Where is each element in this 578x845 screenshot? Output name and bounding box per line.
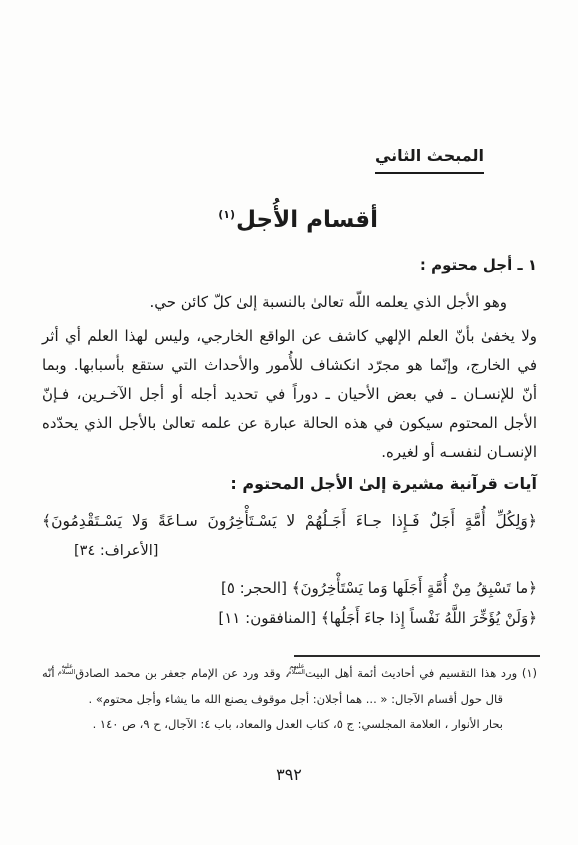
- quran-verse-1-reference: [الأعراف: ٣٤]: [42, 543, 537, 559]
- paragraph-2-line: الإنسـان لنفسـه أو لغيره.: [42, 438, 537, 467]
- quran-verse-3: ﴿وَلَنْ يُؤَخِّرَ اللَّهُ نَفْساً إِذا ج…: [42, 603, 537, 633]
- page-number: ٣٩٢: [0, 765, 578, 784]
- paragraph-1: وهو الأجل الذي يعلمه اللّه تعالىٰ بالنسب…: [42, 289, 537, 315]
- section1-heading: ١ ـ أجل محتوم :: [42, 256, 537, 274]
- honorific-alayhim-assalam: عليهم السلام: [289, 663, 305, 676]
- quran-verse-2: ﴿ما تَسْبِقُ مِنْ أُمَّةٍ أَجَلَها وَما …: [42, 573, 537, 603]
- paragraph-2-line: ولا يخفىٰ بأنّ العلم الإلهي كاشف عن الوا…: [42, 322, 537, 351]
- section2-heading: آيات قرآنية مشيرة إلىٰ الأجل المحتوم :: [42, 474, 537, 493]
- chapter-header: المبحث الثاني: [375, 146, 484, 174]
- honorific-alayhi-assalam: عليه السلام: [59, 663, 75, 676]
- footnote-separator-rule: [294, 655, 540, 657]
- page-title: أقسام الأُجل(١): [218, 207, 378, 233]
- book-page: المبحث الثاني أقسام الأُجل(١) ١ ـ أجل مح…: [0, 0, 578, 845]
- paragraph-2-line: الأجل المحتوم سيكون في هذه الحالة عبارة …: [42, 409, 537, 438]
- footnote-block: (١) ورد هذا التقسيم في أحاديث أئمة أهل ا…: [42, 661, 537, 738]
- paragraph-2-line: في الخارج، وإنّما هو مجرّد انكشاف للأُمو…: [42, 351, 537, 380]
- paragraph-2: ولا يخفىٰ بأنّ العلم الإلهي كاشف عن الوا…: [42, 322, 537, 467]
- quran-verse-1: ﴿وَلِكُلِّ أُمَّةٍ أَجَلٌ فَـإِذا جـاءَ …: [42, 506, 537, 536]
- footnote-line-3: بحار الأنوار ، العلامة المجلسي: ج ٥، كتا…: [42, 712, 537, 738]
- footnote-text-c: أنّه: [42, 666, 59, 680]
- footnote-text-b: ، وقد ورد عن الإمام جعفر بن محمد الصادق: [75, 666, 289, 680]
- footnote-line-1: (١) ورد هذا التقسيم في أحاديث أئمة أهل ا…: [42, 661, 537, 687]
- footnote-text-a: (١) ورد هذا التقسيم في أحاديث أئمة أهل ا…: [305, 666, 537, 680]
- footnote-line-2: قال حول أقسام الآجال: « ... هما أجلان: أ…: [42, 687, 537, 713]
- paragraph-2-line: أنّ للإنسـان ـ في بعض الأحيان ـ دوراً في…: [42, 380, 537, 409]
- footnote-marker: (١): [218, 208, 235, 221]
- page-title-text: أقسام الأُجل: [236, 207, 378, 233]
